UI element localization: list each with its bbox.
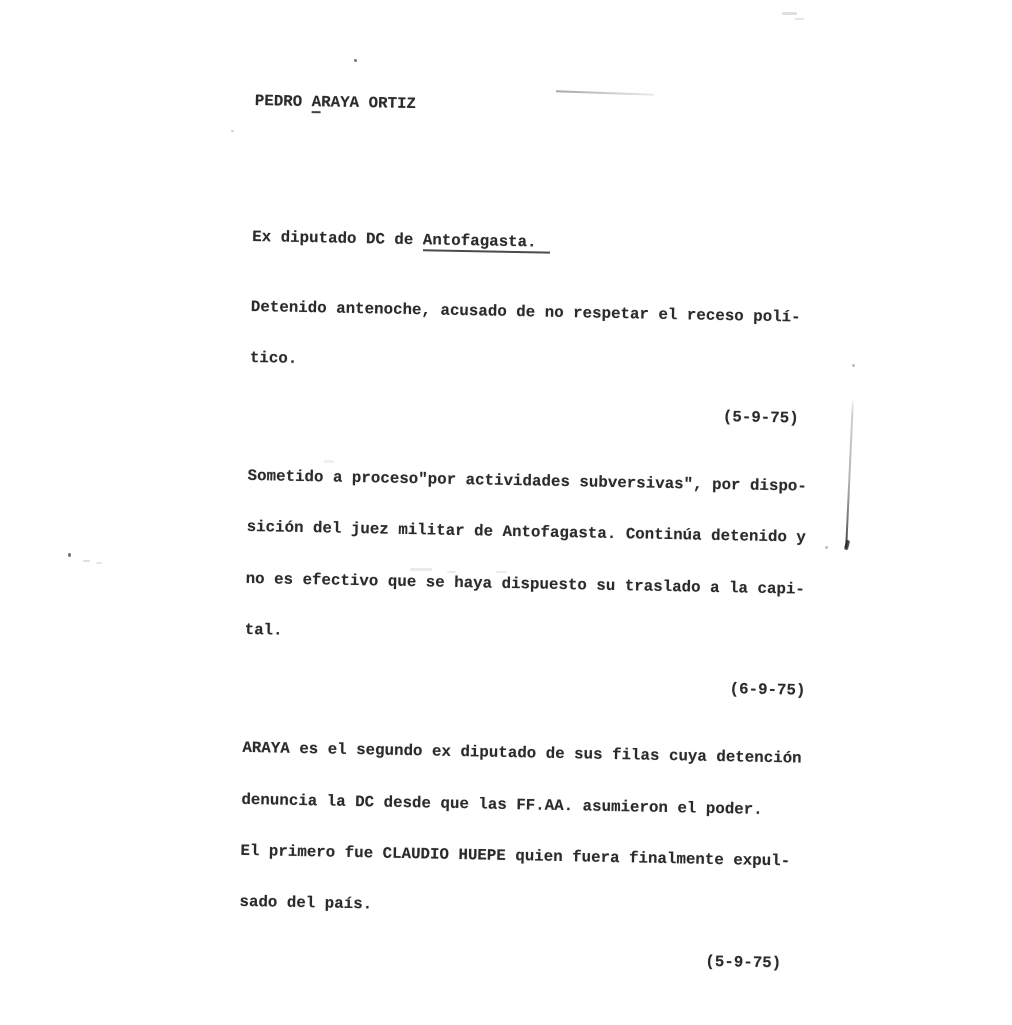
title-pre: PEDRO xyxy=(255,92,312,111)
scan-smudge-top-right xyxy=(782,12,797,15)
subtitle-line: Ex diputado DC de Antofagasta. xyxy=(252,230,852,257)
scan-smudge-left-1 xyxy=(83,560,90,562)
scan-smudge-top-right-2 xyxy=(795,18,804,20)
title-gap xyxy=(253,163,853,188)
title-rest: RAYA ORTIZ xyxy=(321,93,416,113)
scan-smudge-left-2 xyxy=(96,562,102,564)
body-line-p2-1: Sometido a proceso"por actividades subve… xyxy=(247,469,847,496)
body-line-p2-3: no es efectivo que se haya dispuesto su … xyxy=(245,572,845,599)
scan-speck-left xyxy=(68,553,71,557)
date-stamp-1: (5-9-75) xyxy=(249,402,849,427)
scan-speck-margin xyxy=(231,130,234,132)
date-stamp-2: (6-9-75) xyxy=(244,674,844,699)
subtitle-underlined-word: Antofagasta. xyxy=(423,232,551,254)
body-line-p1-1: Detenido antenoche, acusado de no respet… xyxy=(251,300,851,327)
body-line-p2-2: sición del juez militar de Antofagasta. … xyxy=(246,520,846,547)
body-line-p1-2: tico. xyxy=(250,351,850,378)
title-line: PEDRO ARAYA ORTIZ xyxy=(255,94,855,121)
scan-speck-right xyxy=(852,364,855,367)
subtitle-pre: Ex diputado DC de xyxy=(252,228,423,249)
body-line-p2-4: tal. xyxy=(245,623,845,650)
typewriter-text-block: PEDRO ARAYA ORTIZ Ex diputado DC de Anto… xyxy=(237,40,856,717)
scanned-document-page: PEDRO ARAYA ORTIZ Ex diputado DC de Anto… xyxy=(0,0,1012,717)
